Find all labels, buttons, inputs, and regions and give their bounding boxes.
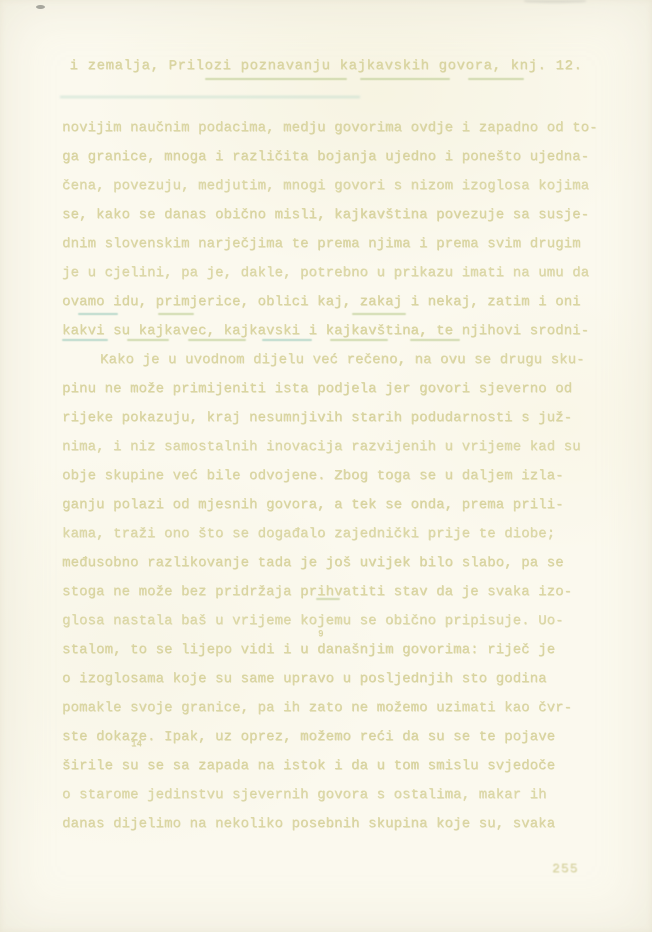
text-line: ga granice, mnoga i različita bojanja uj…	[62, 143, 592, 172]
text-line: pinu ne može primijeniti ista podjela je…	[62, 375, 592, 404]
text-line: stoga ne može bez pridržaja prihvatiti s…	[62, 578, 592, 607]
text-line: se, kako se danas obično misli, kajkavšt…	[62, 201, 592, 230]
text-line: kama, traži ono što se događalo zajednič…	[62, 520, 592, 549]
text-line: obje skupine već bile odvojene. Zbog tog…	[62, 462, 592, 491]
word-underline	[158, 313, 194, 315]
text-line: širile su se sa zapada na istok i da u t…	[62, 752, 592, 781]
text-line: stalom, to se lijepo vidi i u današnjim …	[62, 636, 592, 665]
text-line: ovamo idu, primjerice, oblici kaj, zakaj…	[62, 288, 592, 317]
text-line: nima, i niz samostalnih inovacija razvij…	[62, 433, 592, 462]
text-line: rijeke pokazuju, kraj nesumnjivih starih…	[62, 404, 592, 433]
text-line: o izoglosama koje su same upravo u poslj…	[62, 665, 592, 694]
word-underline	[330, 339, 388, 341]
text-line: Kako je u uvodnom dijelu već rečeno, na …	[62, 346, 592, 375]
word-underline	[262, 339, 312, 341]
text-line: novijim naučnim podacima, medju govorima…	[62, 114, 592, 143]
text-line: čena, povezuju, medjutim, mnogi govori s…	[62, 172, 592, 201]
word-underline	[360, 78, 450, 80]
text-line: glosa nastala baš u vrijeme kojemu se ob…	[62, 607, 592, 636]
text-line: ganju polazi od mjesnih govora, a tek se…	[62, 491, 592, 520]
text-line: dnim slovenskim narječjima te prema njim…	[62, 230, 592, 259]
word-underline	[468, 78, 524, 80]
scan-edge-smudge	[524, 0, 586, 3]
word-underline	[62, 339, 108, 341]
word-underline	[78, 313, 118, 315]
title-rule-smudge	[60, 96, 360, 98]
page-title: i zemalja, Prilozi poznavanju kajkavskih…	[0, 58, 652, 74]
word-underline	[410, 339, 460, 341]
text-line: međusobno razlikovanje tada je još uvije…	[62, 549, 592, 578]
footnote-superscript: 9	[318, 629, 323, 639]
text-line: je u cjelini, pa je, dakle, potrebno u p…	[62, 259, 592, 288]
title-rule	[58, 90, 590, 95]
page-number: 255	[552, 861, 578, 876]
text-line: pomakle svoje granice, pa ih zato ne mož…	[62, 694, 592, 723]
word-underline	[205, 78, 347, 80]
ink-speck	[36, 5, 45, 9]
text-line: kakvi su kajkavec, kajkavski i kajkavšti…	[62, 317, 592, 346]
body-text: novijim naučnim podacima, medju govorima…	[62, 114, 592, 839]
word-underline	[127, 339, 169, 341]
text-line: o starome jedinstvu sjevernih govora s o…	[62, 781, 592, 810]
word-underline	[316, 598, 340, 600]
footnote-superscript: 14	[131, 739, 142, 749]
word-underline	[188, 339, 246, 341]
text-line: danas dijelimo na nekoliko posebnih skup…	[62, 810, 592, 839]
scanned-page: i zemalja, Prilozi poznavanju kajkavskih…	[0, 0, 652, 932]
word-underline	[352, 313, 406, 315]
